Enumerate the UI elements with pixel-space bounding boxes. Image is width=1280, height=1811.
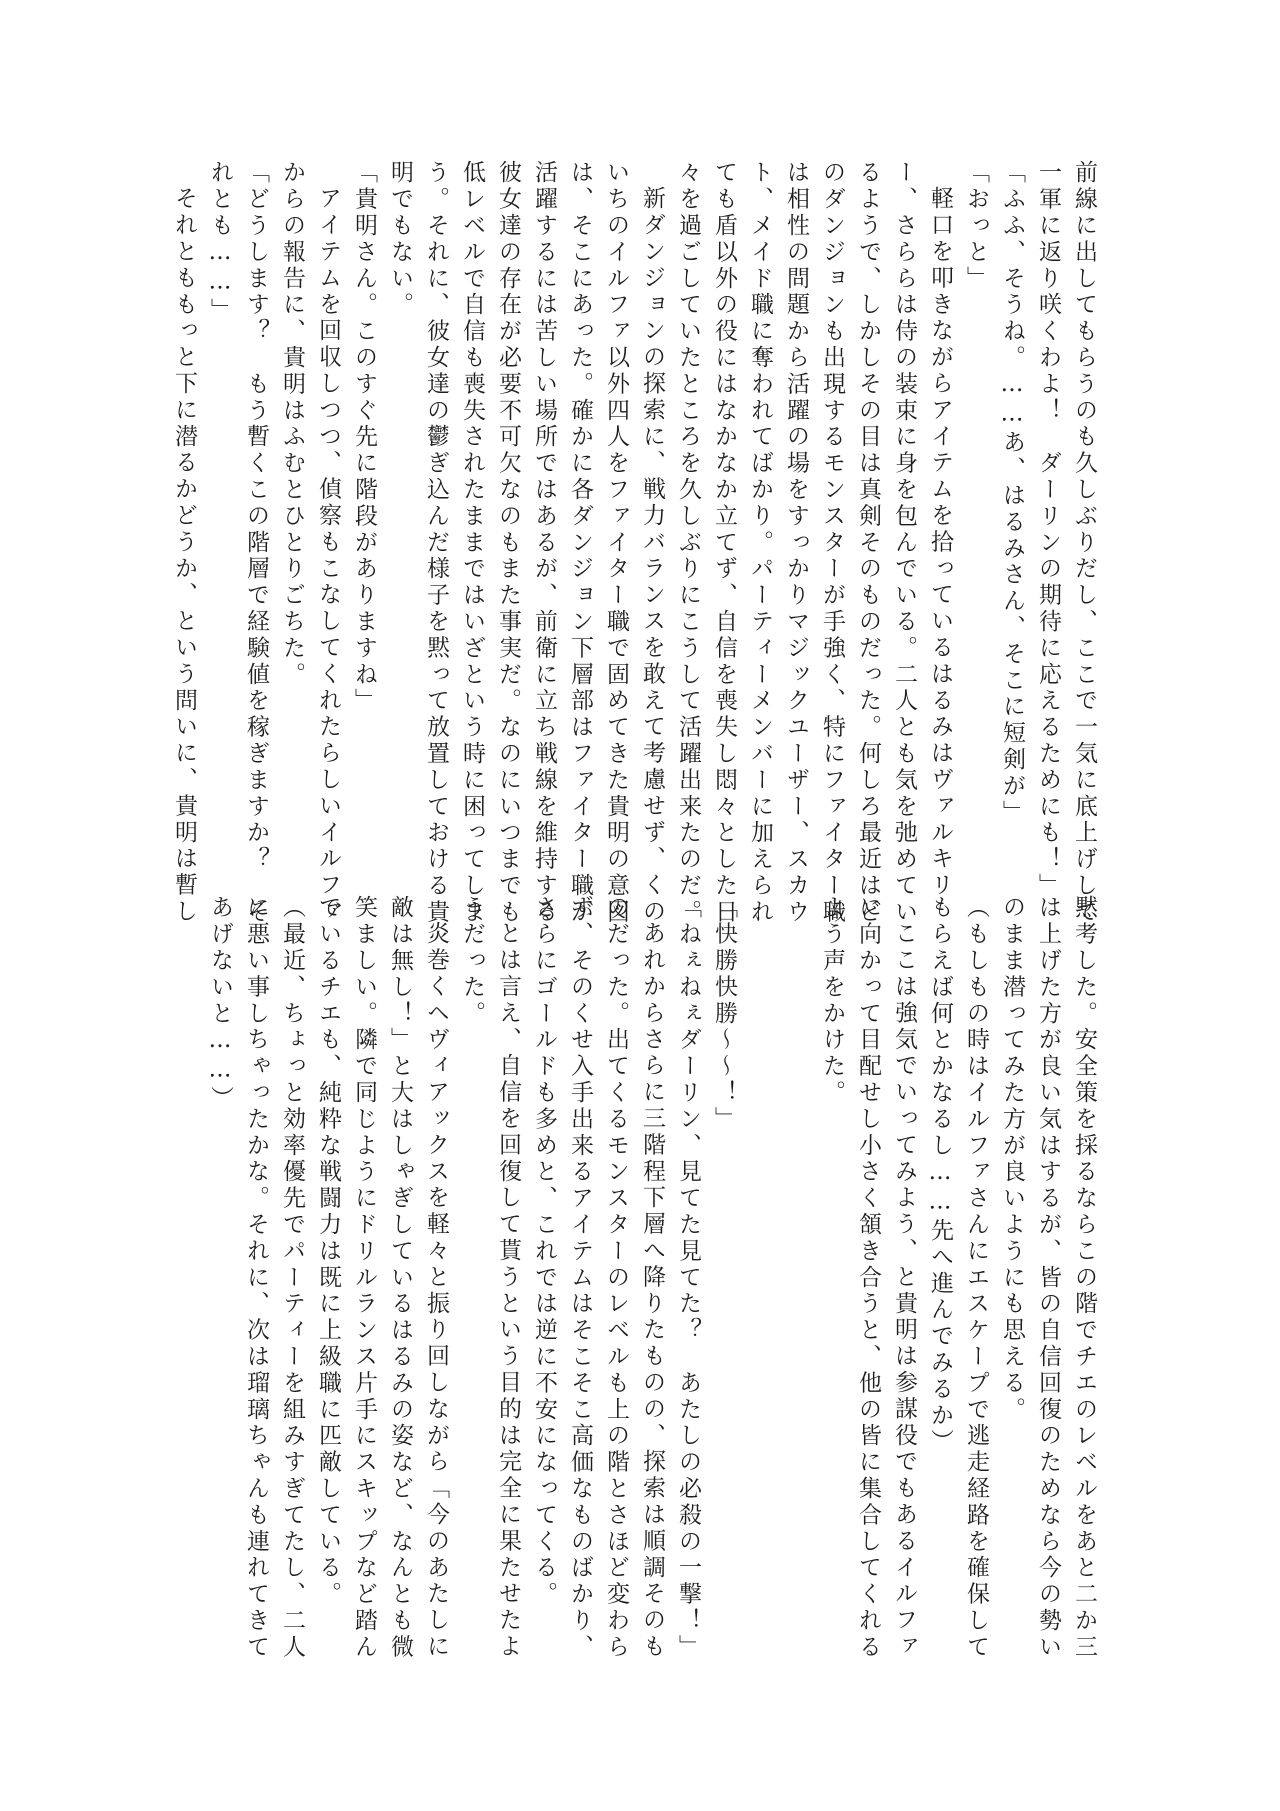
text-line: 「おっと」 [958,160,994,860]
text-line: あれからさらに三階程下層へ降りたものの、探索は順調そのも [634,895,670,1595]
text-line: 笑ましい。隣で同じようにドリルランス片手にスキップなど踏ん [346,895,382,1595]
text-line: は相性の問題から活躍の場をすっかりマジックユーザー、スカウ [778,160,814,860]
text-block-top: 前線に出してもらうのも久しぶりだし、ここで一気に底上げして一軍に返り咲くわよ！ … [162,160,1102,860]
text-line: 低レベルで自信も喪失されたままではいざという時に困ってしま [454,160,490,860]
text-line: は上げた方が良い気はするが、皆の自信回復のためなら今の勢い [1030,895,1066,1595]
text-line: ト、メイド職に奪われてばかり。パーティーメンバーに加えられ [742,160,778,860]
text-line: 活躍するには苦しい場所ではあるが、前衛に立ち戦線を維持する [526,160,562,860]
text-line: のダンジョンも出現するモンスターが手強く、特にファイター職 [814,160,850,860]
text-line: う。それに、彼女達の鬱ぎ込んだ様子を黙って放置しておける貴 [418,160,454,860]
text-line: （もしもの時はイルファさんにエスケープで逃走経路を確保して [958,895,994,1595]
text-line: ず、そのくせ入手出来るアイテムはそこそこ高価なものばかり、 [562,895,598,1595]
text-line: 軽口を叩きながらアイテムを拾っているはるみはヴァルキリ [922,160,958,860]
text-line: ​ [778,895,814,1595]
text-line: あげないと……） [202,895,238,1595]
text-line: に悪い事しちゃったかな。それに、次は瑠璃ちゃんも連れてきて [238,895,274,1595]
text-line: それとももっと下に潜るかどうか、という問いに、貴明は暫し [166,160,202,860]
text-line: 黙考した。安全策を採るならこの階でチエのレベルをあと二か三 [1066,895,1102,1595]
text-line: よう声をかけた。 [814,895,850,1595]
text-line: は、そこにあった。確かに各ダンジョン下層部はファイター職が [562,160,598,860]
text-line: ても盾以外の役にはなかなか立てず、自信を喪失し悶々とした日 [706,160,742,860]
text-line: 々を過ごしていたところを久しぶりにこうして活躍出来たのだ。 [670,160,706,860]
text-line: アイテムを回収しつつ、偵察もこなしてくれたらしいイルファ [310,160,346,860]
text-line: 「貴明さん。このすぐ先に階段がありますね」 [346,160,382,860]
text-line: ここは強気でいってみよう、と貴明は参謀役でもあるイルファ [886,895,922,1595]
text-block-bottom: 黙考した。安全策を採るならこの階でチエのレベルをあと二か三は上げた方が良い気はす… [162,895,1102,1595]
text-line: 「ふふ、そうね。……あ、はるみさん、そこに短剣が」 [994,160,1030,860]
book-page: 前線に出してもらうのも久しぶりだし、ここで一気に底上げして一軍に返り咲くわよ！ … [0,0,1280,1811]
text-line: 新ダンジョンの探索に、戦力バランスを敢えて考慮せず、くの [634,160,670,860]
text-line: さらにゴールドも多めと、これでは逆に不安になってくる。 [526,895,562,1595]
text-line: に向かって目配せし小さく頷き合うと、他の皆に集合してくれる [850,895,886,1595]
text-line: からの報告に、貴明はふむとひとりごちた。 [274,160,310,860]
text-line: ー、さららは侍の装束に身を包んでいる。二人とも気を弛めてい [886,160,922,860]
text-line: でいるチエも、純粋な戦闘力は既に上級職に匹敵している。 [310,895,346,1595]
text-line: 敵は無し！」と大はしゃぎしているはるみの姿など、なんとも微 [382,895,418,1595]
text-line: のまま潜ってみた方が良いようにも思える。 [994,895,1030,1595]
text-line: とは言え、自信を回復して貰うという目的は完全に果たせたよ [490,895,526,1595]
text-line: 炎巻くヘヴィアックスを軽々と振り回しながら「今のあたしに [418,895,454,1595]
text-line: るようで、しかしその目は真剣そのものだった。何しろ最近はど [850,160,886,860]
text-line: れとも……」 [202,160,238,860]
text-line: 前線に出してもらうのも久しぶりだし、ここで一気に底上げして [1066,160,1102,860]
text-line: もらえば何とかなるし……先へ進んでみるか） [922,895,958,1595]
text-line: 「ねぇねぇダーリン、見てた見てた？ あたしの必殺の一撃！」 [670,895,706,1595]
text-line: 彼女達の存在が必要不可欠なのもまた事実だ。なのにいつまでも [490,160,526,860]
text-line: （最近、ちょっと効率優先でパーティーを組みすぎてたし、二人 [274,895,310,1595]
text-line: 明でもない。 [382,160,418,860]
text-line: ​ [742,895,778,1595]
text-line: うだった。 [454,895,490,1595]
text-line: 「どうします？ もう暫くこの階層で経験値を稼ぎますか？ そ [238,160,274,860]
text-line: のだった。出てくるモンスターのレベルも上の階とさほど変わら [598,895,634,1595]
text-line: 一軍に返り咲くわよ！ ダーリンの期待に応えるためにも！」 [1030,160,1066,860]
text-line: 「快勝快勝〜〜！」 [706,895,742,1595]
text-line: いちのイルファ以外四人をファイター職で固めてきた貴明の意図 [598,160,634,860]
